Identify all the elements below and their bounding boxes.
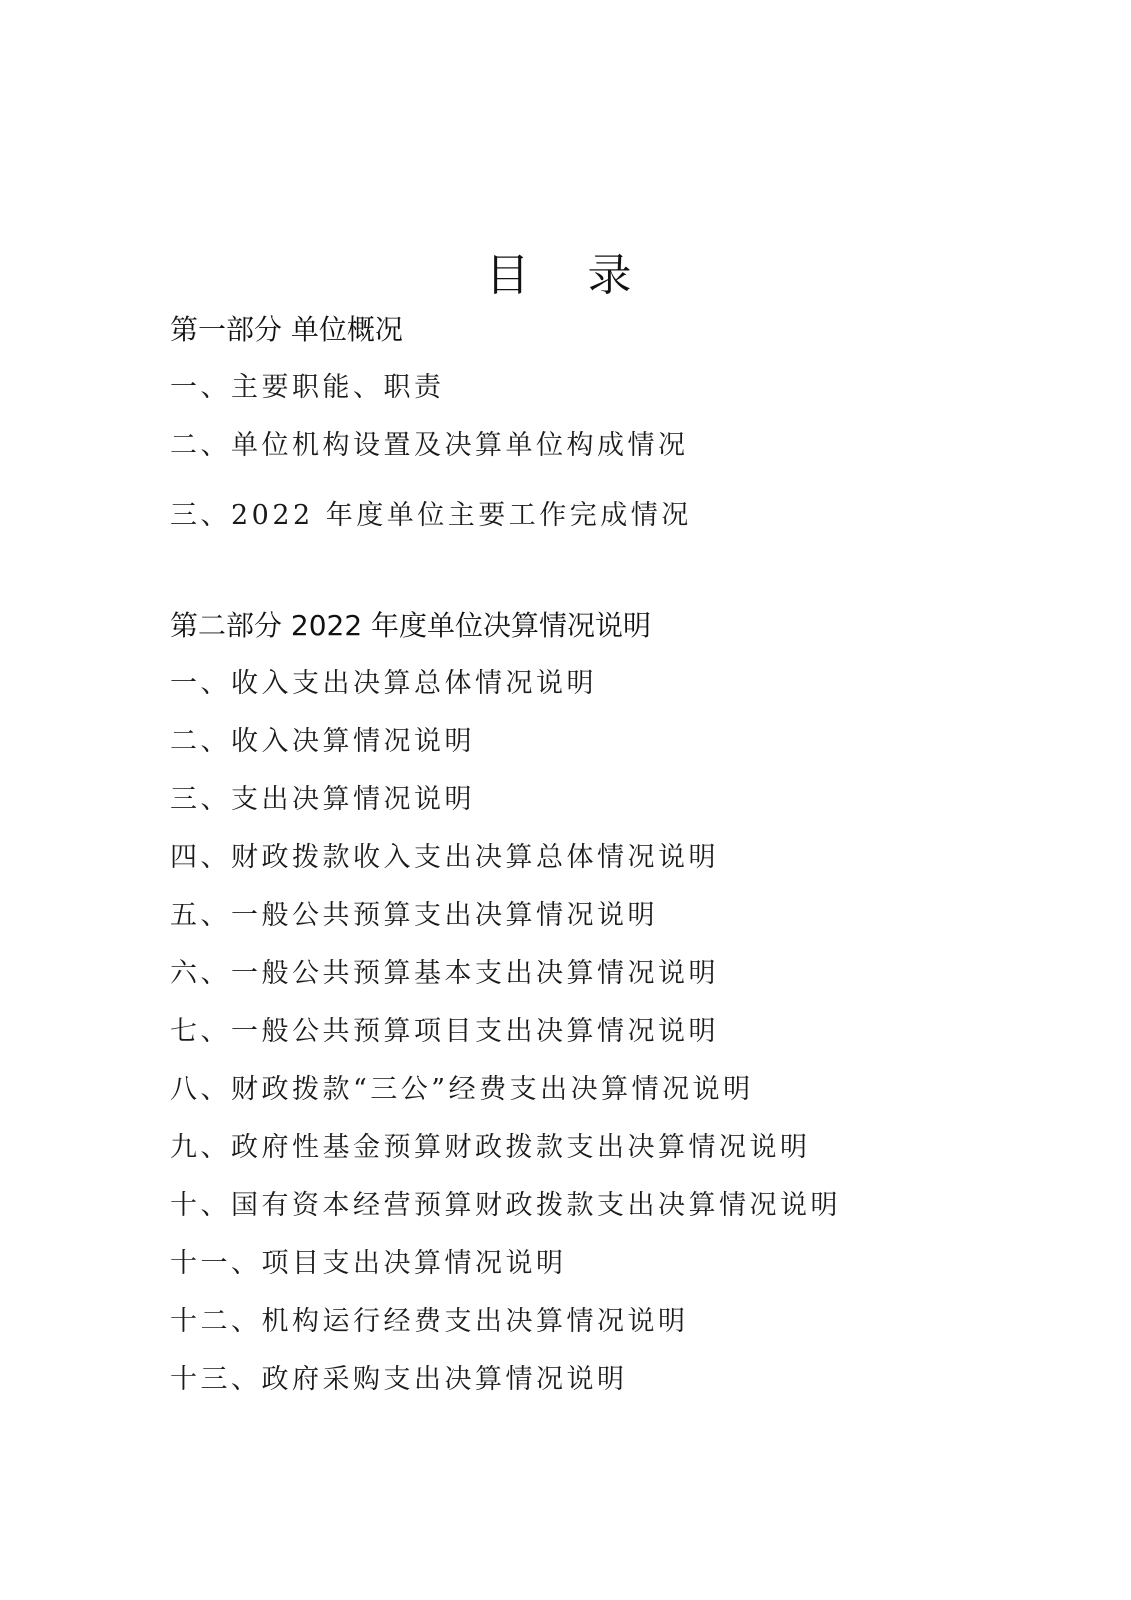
toc-item-operating-expense[interactable]: 十二、机构运行经费支出决算情况说明 <box>170 1304 689 1340</box>
part-2-heading: 第二部分 2022 年度单位决算情况说明 <box>170 608 651 644</box>
part-1-heading: 第一部分 单位概况 <box>170 312 403 348</box>
toc-item-three-public-expenses[interactable]: 八、财政拨款“三公”经费支出决算情况说明 <box>170 1072 754 1108</box>
toc-item-state-capital-budget[interactable]: 十、国有资本经营预算财政拨款支出决算情况说明 <box>170 1188 841 1224</box>
document-page: 目 录 第一部分 单位概况 一、主要职能、职责 二、单位机构设置及决算单位构成情… <box>0 0 1131 1600</box>
toc-item-government-procurement[interactable]: 十三、政府采购支出决算情况说明 <box>170 1362 628 1398</box>
toc-item-income-expense-overall[interactable]: 一、收入支出决算总体情况说明 <box>170 666 597 702</box>
toc-item-main-functions[interactable]: 一、主要职能、职责 <box>170 370 445 406</box>
toc-item-general-public-budget-basic[interactable]: 六、一般公共预算基本支出决算情况说明 <box>170 956 719 992</box>
toc-title: 目 录 <box>0 248 1131 304</box>
toc-item-org-structure[interactable]: 二、单位机构设置及决算单位构成情况 <box>170 428 689 464</box>
toc-item-work-completion[interactable]: 三、2022 年度单位主要工作完成情况 <box>170 498 692 534</box>
toc-item-fiscal-allocation-overall[interactable]: 四、财政拨款收入支出决算总体情况说明 <box>170 840 719 876</box>
toc-item-general-public-budget-expense[interactable]: 五、一般公共预算支出决算情况说明 <box>170 898 658 934</box>
toc-item-government-fund-budget[interactable]: 九、政府性基金预算财政拨款支出决算情况说明 <box>170 1130 811 1166</box>
toc-item-income[interactable]: 二、收入决算情况说明 <box>170 724 475 760</box>
toc-item-expense[interactable]: 三、支出决算情况说明 <box>170 782 475 818</box>
toc-item-general-public-budget-project[interactable]: 七、一般公共预算项目支出决算情况说明 <box>170 1014 719 1050</box>
toc-item-project-expense[interactable]: 十一、项目支出决算情况说明 <box>170 1246 567 1282</box>
